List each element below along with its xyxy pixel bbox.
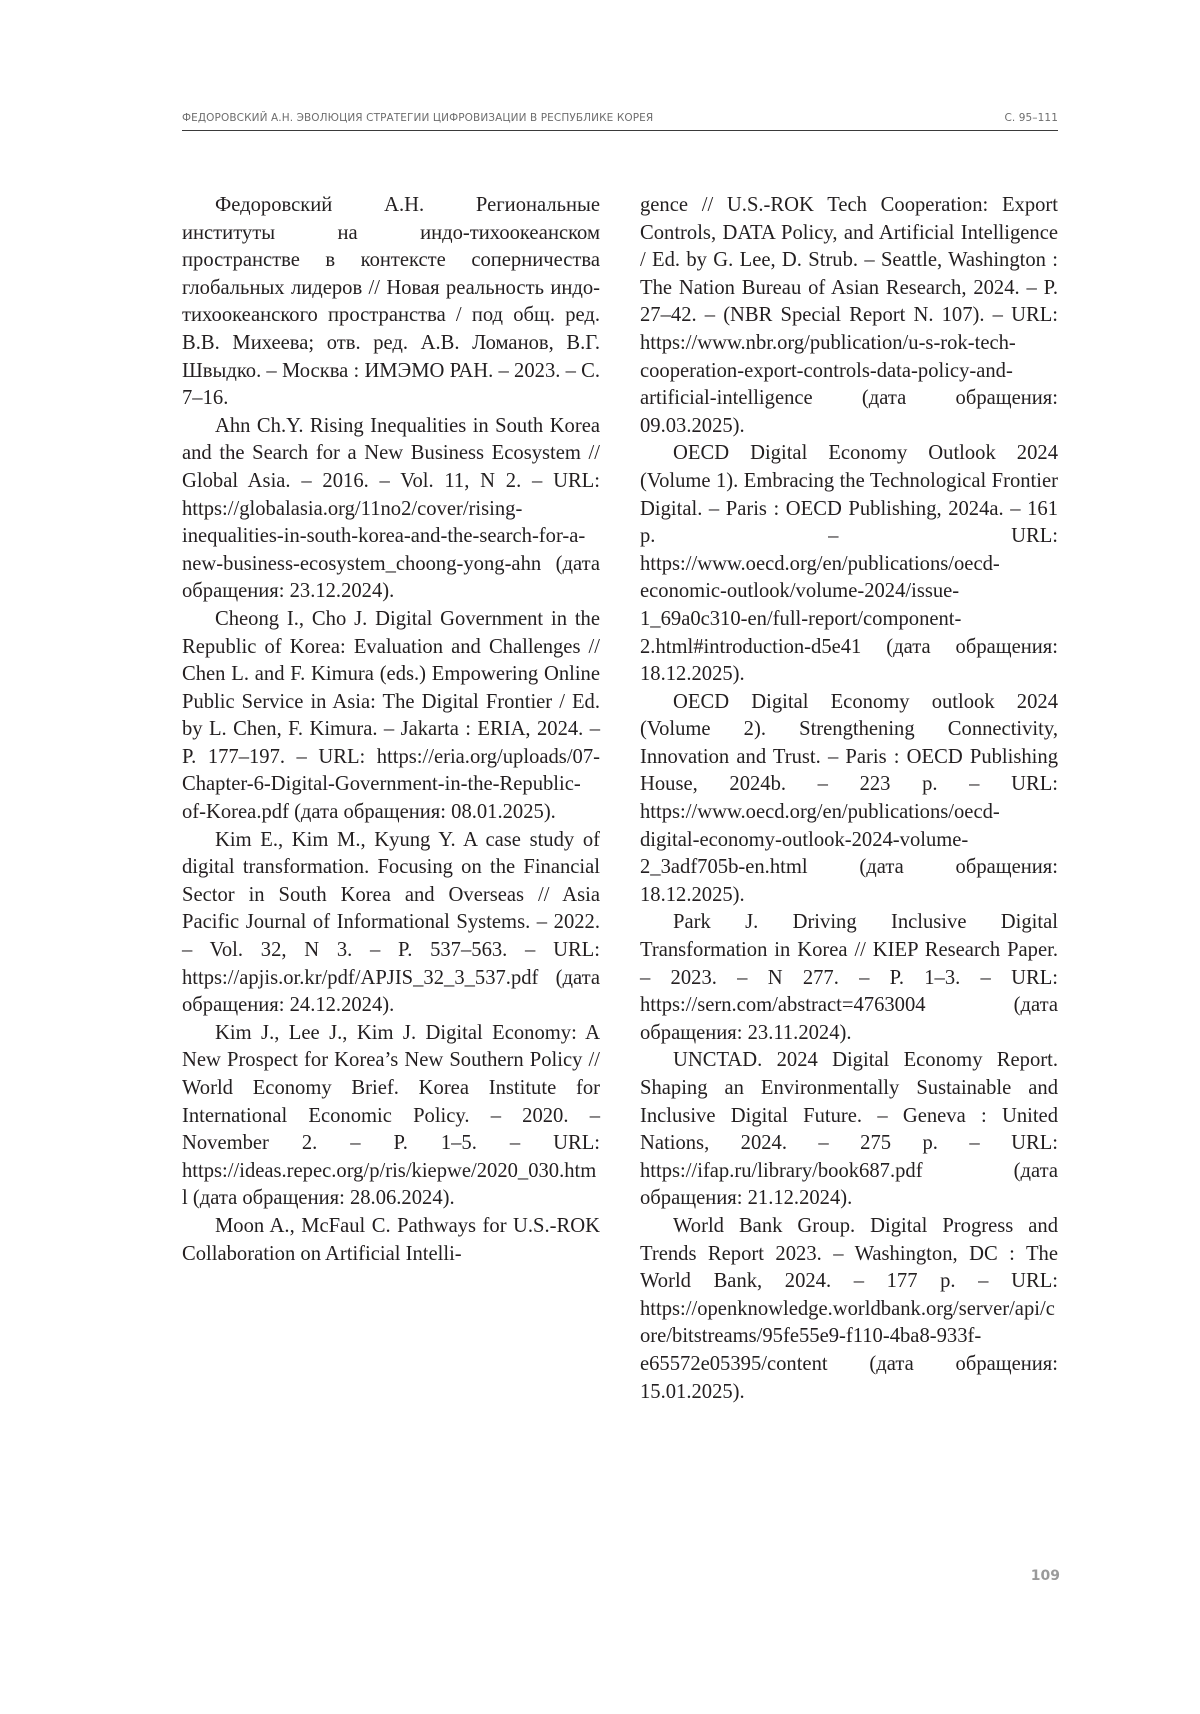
reference-item-continued: gence // U.S.-ROK Tech Cooperation: Expo… bbox=[640, 192, 1058, 440]
right-column: gence // U.S.-ROK Tech Cooperation: Expo… bbox=[640, 192, 1058, 1406]
reference-item: World Bank Group. Digital Progress and T… bbox=[640, 1213, 1058, 1406]
reference-item: UNCTAD. 2024 Digital Economy Report. Sha… bbox=[640, 1047, 1058, 1213]
reference-item: Moon A., McFaul C. Pathways for U.S.-ROK… bbox=[182, 1213, 600, 1268]
reference-item: OECD Digital Economy Outlook 2024 (Volum… bbox=[640, 440, 1058, 688]
reference-item: OECD Digital Economy outlook 2024 (Volum… bbox=[640, 689, 1058, 910]
running-header: ФЕДОРОВСКИЙ А.Н. ЭВОЛЮЦИЯ СТРАТЕГИИ ЦИФР… bbox=[182, 112, 1058, 131]
reference-list: Федоровский А.Н. Региональные институты … bbox=[182, 192, 1058, 1406]
reference-item: Ahn Ch.Y. Rising Inequalities in South K… bbox=[182, 413, 600, 606]
page-number: 109 bbox=[1031, 1568, 1060, 1584]
running-title: ФЕДОРОВСКИЙ А.Н. ЭВОЛЮЦИЯ СТРАТЕГИИ ЦИФР… bbox=[182, 112, 653, 124]
reference-item: Kim J., Lee J., Kim J. Digital Economy: … bbox=[182, 1020, 600, 1213]
reference-item: Cheong I., Cho J. Digital Government in … bbox=[182, 606, 600, 827]
reference-item: Kim E., Kim M., Kyung Y. A case study of… bbox=[182, 827, 600, 1020]
reference-item: Федоровский А.Н. Региональные институты … bbox=[182, 192, 600, 413]
left-column: Федоровский А.Н. Региональные институты … bbox=[182, 192, 600, 1406]
reference-item: Park J. Driving Inclusive Digital Transf… bbox=[640, 909, 1058, 1047]
page-range: С. 95–111 bbox=[1004, 112, 1058, 124]
